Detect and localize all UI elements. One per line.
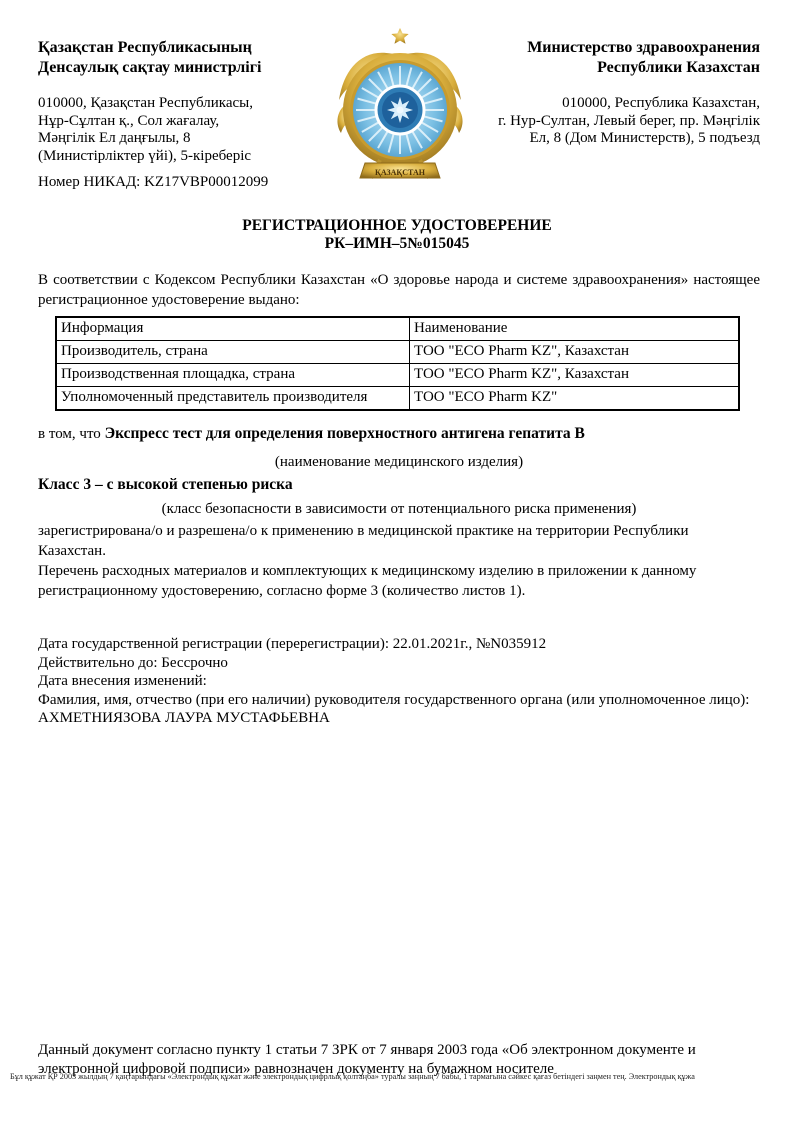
nikad-number: Номер НИКАД: KZ17VBP00012099 (38, 174, 318, 191)
table-cell-value: ТОО "ECO Pharm KZ" (410, 387, 740, 411)
table-row: Производственная площадка, страна ТОО "E… (56, 364, 739, 387)
table-cell-label: Уполномоченный представитель производите… (56, 387, 410, 411)
column-header-info: Информация (56, 317, 410, 341)
device-name-caption: (наименование медицинского изделия) (38, 454, 760, 471)
table-cell-label: Производственная площадка, страна (56, 364, 410, 387)
table-cell-label: Производитель, страна (56, 341, 410, 364)
document-title: РЕГИСТРАЦИОННОЕ УДОСТОВЕРЕНИЕ РК–ИМН–5№0… (0, 217, 794, 252)
registration-date: Дата государственной регистрации (перере… (38, 635, 760, 654)
emblem-star-icon (391, 28, 408, 44)
table-row: Производитель, страна ТОО "ECO Pharm KZ"… (56, 341, 739, 364)
risk-class-caption: (класс безопасности в зависимости от пот… (38, 501, 760, 518)
device-name: Экспресс тест для определения поверхност… (105, 425, 585, 442)
document-number: РК–ИМН–5№015045 (0, 235, 794, 253)
header-kazakh-block: Қазақстан Республикасының Денсаулық сақт… (38, 38, 318, 191)
header-russian-block: Министерство здравоохранения Республики … (440, 38, 760, 148)
table-row: Уполномоченный представитель производите… (56, 387, 739, 411)
emblem-banner-text: ҚАЗАҚСТАН (375, 168, 426, 177)
head-official-name: Фамилия, имя, отчество (при его наличии)… (38, 691, 760, 728)
ministry-title-kk: Қазақстан Республикасының Денсаулық сақт… (38, 38, 318, 78)
column-header-name: Наименование (410, 317, 740, 341)
ministry-address-kk: 010000, Қазақстан Республикасы, Нұр-Сұлт… (38, 95, 318, 165)
manufacturer-info-table: Информация Наименование Производитель, с… (55, 316, 740, 411)
registration-details: Дата государственной регистрации (перере… (38, 635, 760, 728)
consumables-note: Перечень расходных материалов и комплект… (38, 562, 760, 601)
ministry-address-ru: 010000, Республика Казахстан, г. Нур-Сул… (440, 95, 760, 148)
amendment-date: Дата внесения изменений: (38, 672, 760, 691)
table-header-row: Информация Наименование (56, 317, 739, 341)
table-cell-value: ТОО "ECO Pharm KZ", Казахстан (410, 364, 740, 387)
valid-until: Действительно до: Бессрочно (38, 654, 760, 673)
document-title-line1: РЕГИСТРАЦИОННОЕ УДОСТОВЕРЕНИЕ (0, 217, 794, 235)
intro-paragraph: В соответствии с Кодексом Республики Каз… (38, 271, 760, 310)
table-cell-value: ТОО "ECO Pharm KZ", Казахстан (410, 341, 740, 364)
statement-prefix: в том, что (38, 426, 105, 442)
ministry-title-ru: Министерство здравоохранения Республики … (440, 38, 760, 78)
risk-class: Класс 3 – с высокой степенью риска (38, 476, 778, 494)
device-statement: в том, что Экспресс тест для определения… (38, 425, 778, 443)
registration-statement: зарегистрирована/о и разрешена/о к приме… (38, 522, 760, 561)
shanyrak-star-icon (387, 97, 413, 123)
legal-note-kazakh: Бұл құжат ҚР 2003 жылдың 7 қаңтарындағы … (10, 1072, 794, 1082)
registration-certificate-page: Қазақстан Республикасының Денсаулық сақт… (0, 0, 794, 1123)
